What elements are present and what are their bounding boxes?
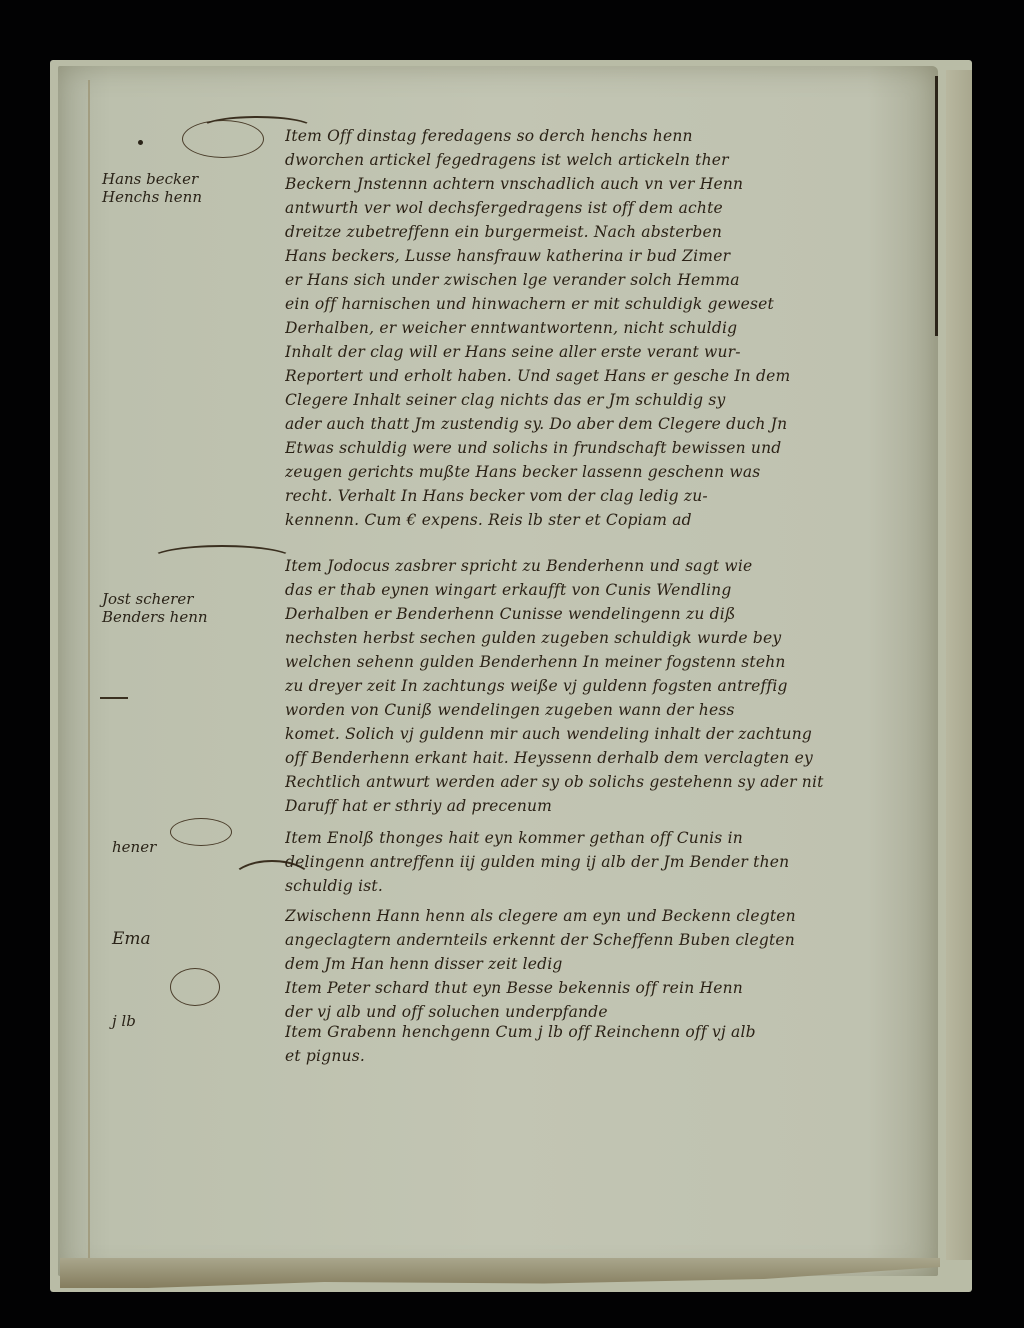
text-line: angeclagtern andernteils erkennt der Sch… <box>285 928 945 952</box>
margin-dash <box>100 697 128 699</box>
text-line: kennenn. Cum € expens. Reis lb ster et C… <box>285 508 945 532</box>
text-line: dworchen artickel fegedragens ist welch … <box>285 148 945 172</box>
text-line: Beckern Jnstennn achtern vnschadlich auc… <box>285 172 945 196</box>
entry-5: Item Peter schard thut eyn Besse bekenni… <box>285 976 945 1024</box>
text-line: welchen sehenn gulden Benderhenn In mein… <box>285 650 945 674</box>
entry-3: Item Enolß thonges hait eyn kommer getha… <box>285 826 945 898</box>
text-line: Etwas schuldig were und solichs in frund… <box>285 436 945 460</box>
text-line: Daruff hat er sthriy ad precenum <box>285 794 945 818</box>
text-line: Item Off dinstag feredagens so derch hen… <box>285 124 945 148</box>
text-line: Item Grabenn henchgenn Cum j lb off Rein… <box>285 1020 945 1044</box>
flourish-loop <box>170 818 232 846</box>
text-line: Derhalben er Benderhenn Cunisse wendelin… <box>285 602 945 626</box>
text-line: delingenn antreffenn iij gulden ming ij … <box>285 850 945 874</box>
margin-note-jost-scherer: Jost scherer Benders henn <box>102 590 208 626</box>
margin-note-line: Benders henn <box>102 608 208 626</box>
margin-note-ib: j lb <box>112 1012 136 1030</box>
text-line: Item Peter schard thut eyn Besse bekenni… <box>285 976 945 1000</box>
page-fold-line <box>88 80 90 1260</box>
flourish-loop <box>170 968 220 1006</box>
text-line: Clegere Inhalt seiner clag nichts das er… <box>285 388 945 412</box>
text-line: antwurth ver wol dechsfergedragens ist o… <box>285 196 945 220</box>
text-line: das er thab eynen wingart erkaufft von C… <box>285 578 945 602</box>
entry-1: Item Off dinstag feredagens so derch hen… <box>285 124 945 532</box>
text-line: dem Jm Han henn disser zeit ledig <box>285 952 945 976</box>
text-line: nechsten herbst sechen gulden zugeben sc… <box>285 626 945 650</box>
text-line: Inhalt der clag will er Hans seine aller… <box>285 340 945 364</box>
margin-note-line: hener <box>112 838 156 856</box>
margin-note-hener: hener <box>112 838 156 856</box>
text-line: Reportert und erholt haben. Und saget Ha… <box>285 364 945 388</box>
text-line: er Hans sich under zwischen lge verander… <box>285 268 945 292</box>
text-line: zu dreyer zeit In zachtungs weiße vj gul… <box>285 674 945 698</box>
margin-note-hans-becker: Hans becker Henchs henn <box>102 170 202 206</box>
text-line: zeugen gerichts mußte Hans becker lassen… <box>285 460 945 484</box>
text-line: ader auch thatt Jm zustendig sy. Do aber… <box>285 412 945 436</box>
margin-note-line: j lb <box>112 1012 136 1030</box>
margin-note-line: Ema <box>112 930 151 948</box>
text-line: recht. Verhalt In Hans becker vom der cl… <box>285 484 945 508</box>
margin-note-ema: Ema <box>112 930 151 948</box>
adjacent-page-edge <box>946 70 972 1260</box>
text-line: dreitze zubetreffenn ein burgermeist. Na… <box>285 220 945 244</box>
text-line: worden von Cuniß wendelingen zugeben wan… <box>285 698 945 722</box>
entry-4: Zwischenn Hann henn als clegere am eyn u… <box>285 904 945 976</box>
text-line: Item Enolß thonges hait eyn kommer getha… <box>285 826 945 850</box>
text-line: Hans beckers, Lusse hansfrauw katherina … <box>285 244 945 268</box>
entry-2: Item Jodocus zasbrer spricht zu Benderhe… <box>285 554 945 818</box>
margin-note-line: Hans becker <box>102 170 202 188</box>
text-line: off Benderhenn erkant hait. Heyssenn der… <box>285 746 945 770</box>
entry-6: Item Grabenn henchgenn Cum j lb off Rein… <box>285 1020 945 1068</box>
text-line: et pignus. <box>285 1044 945 1068</box>
margin-note-line: Henchs henn <box>102 188 202 206</box>
margin-dot <box>138 140 143 145</box>
text-line: Rechtlich antwurt werden ader sy ob soli… <box>285 770 945 794</box>
text-line: ein off harnischen und hinwachern er mit… <box>285 292 945 316</box>
text-line: Zwischenn Hann henn als clegere am eyn u… <box>285 904 945 928</box>
text-line: Item Jodocus zasbrer spricht zu Benderhe… <box>285 554 945 578</box>
margin-note-line: Jost scherer <box>102 590 208 608</box>
flourish-stroke <box>150 545 294 573</box>
text-line: komet. Solich vj guldenn mir auch wendel… <box>285 722 945 746</box>
text-line: Derhalben, er weicher enntwantwortenn, n… <box>285 316 945 340</box>
text-line: schuldig ist. <box>285 874 945 898</box>
